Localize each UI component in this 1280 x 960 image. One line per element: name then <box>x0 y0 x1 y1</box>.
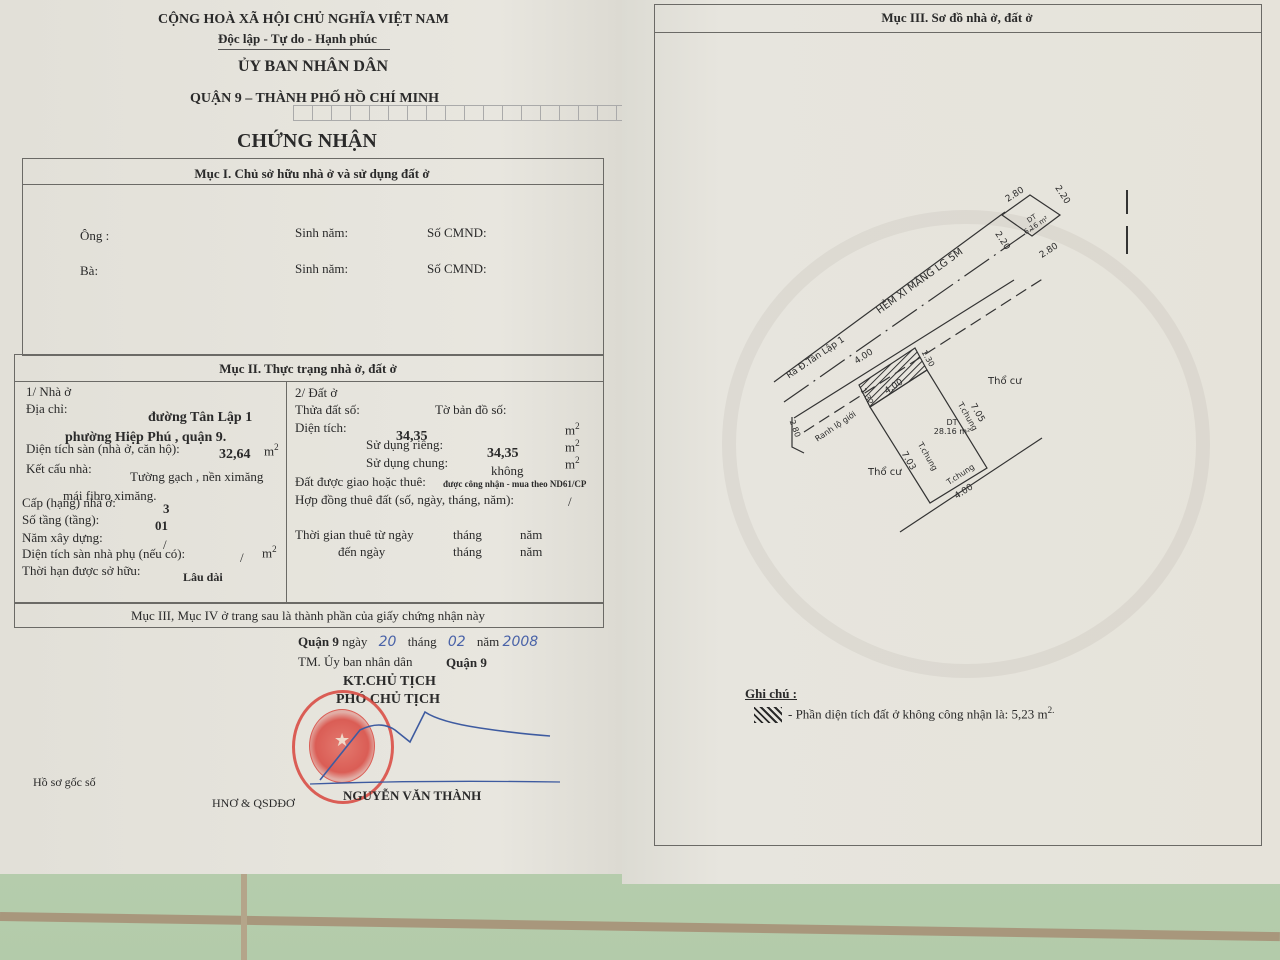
map-sheet-label: Tờ bản đồ số: <box>435 402 507 418</box>
lease-contract-value: / <box>568 494 572 510</box>
certificate-title: CHỨNG NHẬN <box>237 130 377 153</box>
lease-from-year-label: năm <box>520 527 542 543</box>
tile-grout <box>241 870 247 960</box>
motto-underline <box>218 49 390 50</box>
structure-label: Kết cấu nhà: <box>26 461 92 477</box>
section-1-box <box>22 158 604 356</box>
parcel-label: Thửa đất số: <box>295 402 360 418</box>
private-use-label: Sử dụng riêng: <box>366 437 443 453</box>
shared-use-label: Sử dụng chung: <box>366 455 448 471</box>
authority-name: ỦY BAN NHÂN DÂN <box>238 58 388 76</box>
divider <box>14 381 604 382</box>
land-area-label: Diện tích: <box>295 420 347 436</box>
private-use-value: 34,35 <box>487 446 519 462</box>
section-3-heading: Mục III. Sơ đồ nhà ở, đất ở <box>654 10 1260 26</box>
land-heading: 2/ Đất ở <box>295 385 337 401</box>
legend-item: - Phần diện tích đất ở không công nhận l… <box>788 705 1054 722</box>
ownership-term-label: Thời hạn được sở hữu: <box>22 563 140 579</box>
legend-heading: Ghi chú : <box>745 686 797 702</box>
serial-boxes <box>293 105 625 121</box>
national-motto: Độc lập - Tự do - Hạnh phúc <box>218 31 377 47</box>
allocation-label: Đất được giao hoặc thuê: <box>295 474 426 490</box>
ownership-term-value: Lâu dài <box>183 570 223 585</box>
structure-line-1: Tường gạch , nền ximăng <box>130 469 263 485</box>
aux-area-unit: m2 <box>262 544 277 561</box>
floor-area-value: 32,64 <box>219 447 251 463</box>
on-behalf-district: Quận 9 <box>446 655 487 671</box>
lease-to-year-label: năm <box>520 544 542 560</box>
shared-use-unit: m2 <box>565 455 580 472</box>
floor-area-label: Diện tích sàn (nhà ở, căn hộ): <box>26 441 180 457</box>
lease-contract-label: Hợp đồng thuê đất (số, ngày, tháng, năm)… <box>295 492 514 508</box>
house-heading: 1/ Nhà ở <box>26 384 71 400</box>
owner-mrs-id-label: Số CMND: <box>427 261 487 277</box>
address-label: Địa chỉ: <box>26 401 68 417</box>
floors-value: 01 <box>155 518 168 534</box>
shared-use-value: không <box>491 463 524 479</box>
owner-mrs-birth-label: Sinh năm: <box>295 261 348 277</box>
country-name: CỘNG HOÀ XÃ HỘI CHỦ NGHĨA VIỆT NAM <box>158 12 449 28</box>
section-2-heading: Mục II. Thực trạng nhà ở, đất ở <box>14 361 602 377</box>
owner-mr-label: Ông : <box>80 228 109 244</box>
certificate-right-page: Mục III. Sơ đồ nhà ở, đất ở <box>622 0 1280 884</box>
aux-area-label: Diện tích sàn nhà phụ (nếu có): <box>22 546 185 562</box>
address-line-1: đường Tân Lập 1 <box>148 410 252 426</box>
divider <box>22 184 604 185</box>
floor-area-unit: m2 <box>264 442 279 459</box>
floors-label: Số tầng (tầng): <box>22 512 99 528</box>
land-area-unit: m2 <box>565 421 580 438</box>
signer-role-1: KT.CHỦ TỊCH <box>343 674 436 690</box>
site-plan-diagram <box>752 170 1172 570</box>
house-grade-label: Cấp (hạng) nhà ở: <box>22 495 116 511</box>
divider <box>654 32 1262 33</box>
house-grade-value: 3 <box>163 501 170 517</box>
lease-from-month-label: tháng <box>453 527 482 543</box>
hatch-swatch-icon <box>754 707 782 723</box>
owner-mrs-label: Bà: <box>80 263 98 279</box>
lease-to-month-label: tháng <box>453 544 482 560</box>
certificate-left-page: CỘNG HOÀ XÃ HỘI CHỦ NGHĨA VIỆT NAM Độc l… <box>0 0 622 874</box>
file-number-label: Hồ sơ gốc số <box>33 775 96 790</box>
divider <box>286 381 287 602</box>
private-use-unit: m2 <box>565 438 580 455</box>
owner-mr-birth-label: Sinh năm: <box>295 225 348 241</box>
aux-area-value: / <box>240 550 244 566</box>
issue-date: Quận 9 ngày 20 tháng 02 năm 2008 <box>298 634 538 650</box>
section-1-heading: Mục I. Chủ sở hữu nhà ở và sử dụng đất ở <box>22 166 602 182</box>
on-behalf-label: TM. Ủy ban nhân dân <box>298 654 412 670</box>
neighbor-label-left: Thổ cư <box>868 467 902 478</box>
build-year-label: Năm xây dựng: <box>22 530 103 546</box>
neighbor-label-right: Thổ cư <box>988 376 1022 387</box>
lease-from-label: Thời gian thuê từ ngày <box>295 527 414 543</box>
lease-to-label: đến ngày <box>338 544 385 560</box>
register-code: HNƠ & QSDĐƠ <box>212 796 295 811</box>
owner-mr-id-label: Số CMND: <box>427 225 487 241</box>
signer-name: NGUYỄN VĂN THÀNH <box>343 788 481 804</box>
allocation-value: được công nhận - mua theo ND61/CP <box>443 479 586 489</box>
footer-note: Mục III, Mục IV ở trang sau là thành phầ… <box>14 608 602 624</box>
